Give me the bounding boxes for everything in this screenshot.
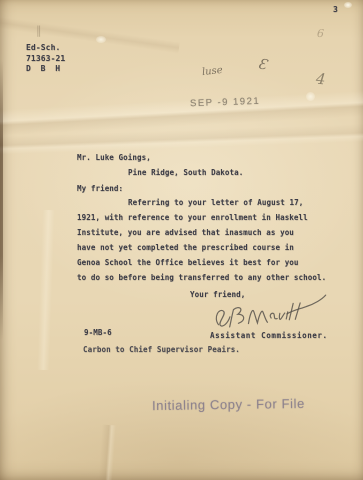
paper-speck	[96, 36, 106, 43]
faint-mark: ‖	[36, 24, 42, 37]
crease	[98, 425, 116, 480]
handwritten-mark-4: 4	[315, 70, 326, 89]
carbon-note: Carbon to Chief Supervisor Peairs.	[83, 345, 240, 354]
paper-edge-shadow	[0, 60, 3, 340]
reference-code: 9-MB-6	[84, 328, 112, 337]
body-line: to do so before being transferred to any…	[77, 273, 326, 282]
letter-page: 3 ‖ 6 Ed-Sch. 71363-21 D B H luse Ɛ 4 SE…	[0, 0, 363, 480]
paper-speck	[344, 2, 352, 8]
body-line: Referring to your letter of August 17,	[128, 198, 303, 207]
handwritten-mark-e: Ɛ	[257, 56, 268, 73]
recipient-address: Pine Ridge, South Dakota.	[128, 168, 243, 177]
salutation: My friend:	[77, 184, 123, 193]
crease	[0, 90, 363, 136]
paper-speck	[306, 92, 315, 101]
faint-pencil-mark: 6	[317, 27, 325, 40]
file-code-line: 71363-21	[26, 54, 65, 65]
file-code-block: Ed-Sch. 71363-21 D B H	[26, 43, 65, 75]
signer-title: Assistant Commissioner.	[210, 331, 328, 340]
crease	[0, 123, 363, 155]
recipient-name: Mr. Luke Goings,	[77, 153, 151, 162]
body-line: Genoa School the Office believes it best…	[77, 258, 299, 267]
body-line: have not yet completed the prescribed co…	[77, 243, 294, 252]
handwritten-note: luse	[201, 65, 223, 78]
body-line: Institute, you are advised that inasmuch…	[77, 228, 294, 237]
crease	[37, 210, 55, 370]
date-stamp: SEP -9 1921	[190, 96, 261, 109]
file-code-line: D B H	[26, 64, 65, 75]
body-line: 1921, with reference to your enrollment …	[77, 213, 308, 222]
closing: Your friend,	[190, 290, 245, 299]
page-number: 3	[333, 5, 338, 14]
file-code-line: Ed-Sch.	[26, 43, 65, 54]
file-stamp: Initialing Copy - For File	[152, 396, 305, 413]
